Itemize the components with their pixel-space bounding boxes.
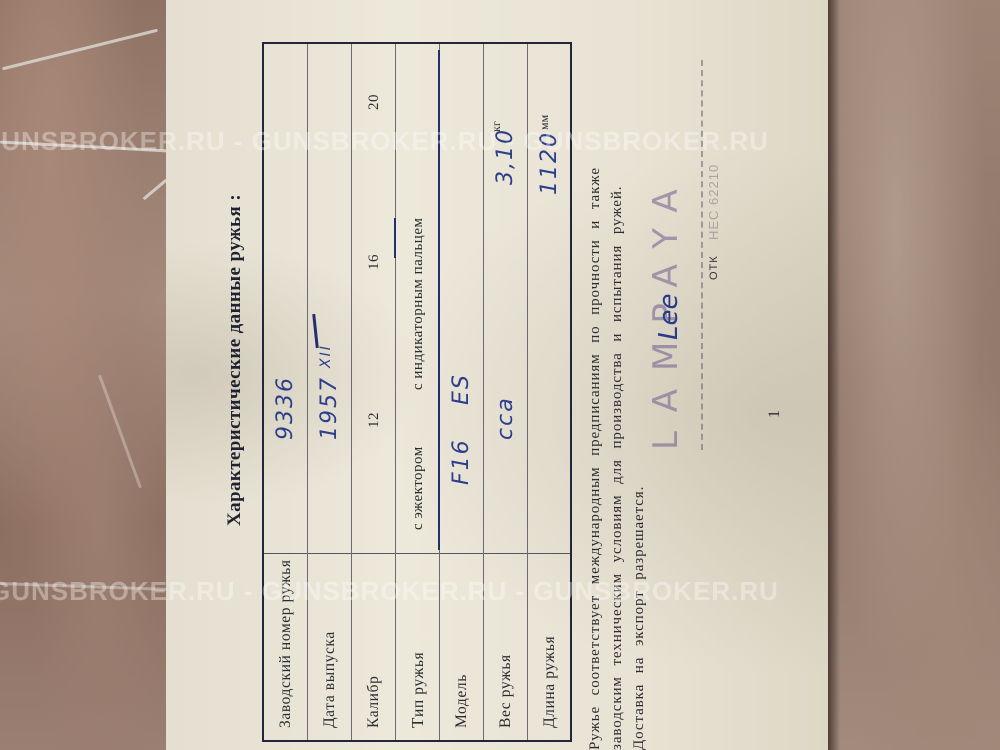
label-weight: Вес ружья bbox=[484, 654, 528, 728]
label-model: Модель bbox=[440, 674, 484, 728]
signature: Lee bbox=[654, 294, 684, 340]
caliber-option-20: 20 bbox=[352, 94, 396, 110]
pen-mark bbox=[312, 314, 319, 348]
row-release-date: Дата выпуска 1957 XII bbox=[308, 44, 352, 740]
unit-mm: мм bbox=[522, 115, 566, 130]
rotated-document: Характеристические данные ружья : Заводс… bbox=[166, 0, 828, 750]
certification-text: Ружье соответствует международным предпи… bbox=[584, 0, 650, 750]
gun-type-option-indicator: с индикаторным пальцем bbox=[396, 218, 440, 390]
unit-kg: кг bbox=[474, 121, 518, 132]
label-length: Длина ружья bbox=[528, 636, 572, 728]
marble-vein bbox=[2, 29, 158, 71]
value-release-year: 1957 bbox=[308, 376, 352, 440]
document-title: Характеристические данные ружья : bbox=[224, 130, 246, 590]
value-release-month: XII bbox=[304, 344, 348, 368]
label-serial-number: Заводский номер ружья bbox=[264, 559, 308, 728]
marble-vein bbox=[143, 179, 168, 201]
row-weight: Вес ружья cca 3,10 кг bbox=[484, 44, 528, 740]
caliber-option-16: 16 bbox=[352, 254, 396, 270]
value-model: F16 bbox=[440, 438, 484, 485]
characteristics-table: Заводский номер ружья 9336 Дата выпуска … bbox=[262, 42, 572, 742]
label-gun-type: Тип ружья bbox=[396, 652, 440, 728]
marble-vein bbox=[98, 375, 142, 489]
value-length: 1120 bbox=[528, 131, 572, 195]
row-length: Длина ружья 1120 мм bbox=[528, 44, 572, 740]
stamp-code: НЕС 62210 bbox=[706, 164, 721, 240]
value-model-suffix: ES bbox=[440, 373, 484, 405]
marble-vein bbox=[0, 141, 168, 153]
gun-type-option-ejector: с эжектором bbox=[396, 446, 440, 530]
row-gun-type: Тип ружья с эжектором с индикаторным пал… bbox=[396, 44, 440, 740]
value-serial-number: 9336 bbox=[264, 376, 308, 440]
paper-edge-shadow bbox=[826, 0, 840, 750]
label-release-date: Дата выпуска bbox=[308, 631, 352, 728]
row-model: Модель F16 ES bbox=[440, 44, 484, 740]
footer-line-1: Ружье соответствует международным предпи… bbox=[584, 0, 606, 750]
value-weight-prefix: cca bbox=[484, 396, 528, 440]
marble-vein bbox=[0, 582, 168, 591]
stamp-label: ОТК bbox=[708, 255, 720, 280]
caliber-option-12: 12 bbox=[352, 412, 396, 428]
footer-line-2: заводским техническим условиям для произ… bbox=[606, 0, 628, 750]
stamp-dashed-line bbox=[701, 60, 703, 450]
row-caliber: Калибр 12 16 20 bbox=[352, 44, 396, 740]
marble-background-left bbox=[0, 0, 168, 750]
label-caliber: Калибр bbox=[352, 676, 396, 728]
marble-background-right bbox=[826, 0, 1000, 750]
value-weight: 3,10 bbox=[484, 128, 528, 185]
row-serial-number: Заводский номер ружья 9336 bbox=[264, 44, 308, 740]
page-number: 1 bbox=[766, 410, 784, 418]
